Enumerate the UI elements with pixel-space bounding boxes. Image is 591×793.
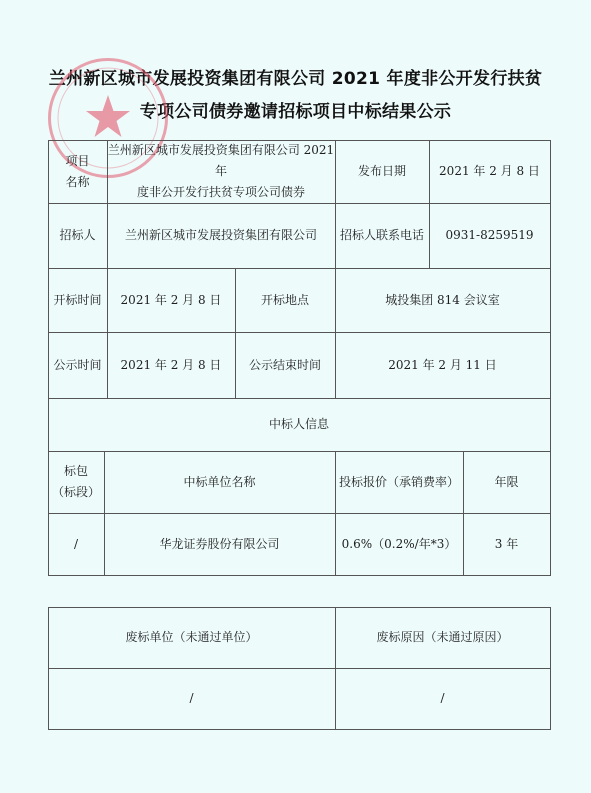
rejected-unit-value: / xyxy=(48,668,335,729)
tenderer-value: 兰州新区城市发展投资集团有限公司 xyxy=(107,203,335,268)
bid-price-header: 投标报价（承销费率） xyxy=(335,451,463,513)
rejected-reason-value: / xyxy=(335,668,550,729)
publicity-time-value: 2021 年 2 月 8 日 xyxy=(107,332,235,398)
term-header: 年限 xyxy=(463,451,550,513)
winner-name-header: 中标单位名称 xyxy=(104,451,335,513)
project-name-label-text: 项目名称 xyxy=(65,151,91,193)
opening-place-label: 开标地点 xyxy=(235,268,335,332)
winner-section-title: 中标人信息 xyxy=(48,398,550,451)
tenderer-phone-label: 招标人联系电话 xyxy=(335,203,429,268)
table-row-term: 3 年 xyxy=(463,513,550,575)
tenderer-phone-value: 0931-8259519 xyxy=(429,203,550,268)
table-row-company: 华龙证券股份有限公司 xyxy=(104,513,335,575)
lot-header-line-1: 标包 xyxy=(64,461,88,482)
project-name-value-line-1: 兰州新区城市发展投资集团有限公司 2021 年 xyxy=(107,140,335,182)
lot-header: 标包 （标段） xyxy=(48,451,104,513)
table-border xyxy=(48,729,551,730)
publish-date-label: 发布日期 xyxy=(335,140,429,203)
opening-place-value: 城投集团 814 会议室 xyxy=(335,268,550,332)
project-name-label: 项目名称 xyxy=(48,140,107,203)
opening-time-value: 2021 年 2 月 8 日 xyxy=(107,268,235,332)
table-border xyxy=(550,607,551,729)
table-row-price: 0.6%（0.2%/年*3） xyxy=(335,513,463,575)
document-title-line-1: 兰州新区城市发展投资集团有限公司 2021 年度非公开发行扶贫 xyxy=(0,64,591,89)
publicity-time-label: 公示时间 xyxy=(48,332,107,398)
rejected-reason-header: 废标原因（未通过原因） xyxy=(335,607,550,668)
project-name-value-line-2: 度非公开发行扶贫专项公司债券 xyxy=(137,182,305,203)
table-border xyxy=(550,140,551,575)
table-row-lot: / xyxy=(48,513,104,575)
tenderer-label: 招标人 xyxy=(48,203,107,268)
lot-header-line-2: （标段） xyxy=(52,482,100,503)
rejected-unit-header: 废标单位（未通过单位） xyxy=(48,607,335,668)
opening-time-label: 开标时间 xyxy=(48,268,107,332)
publicity-end-label: 公示结束时间 xyxy=(235,332,335,398)
table-border xyxy=(48,575,551,576)
project-name-value: 兰州新区城市发展投资集团有限公司 2021 年 度非公开发行扶贫专项公司债券 xyxy=(107,140,335,203)
document-title-line-2: 专项公司债券邀请招标项目中标结果公示 xyxy=(0,97,591,122)
publish-date-value: 2021 年 2 月 8 日 xyxy=(429,140,550,203)
publicity-end-value: 2021 年 2 月 11 日 xyxy=(335,332,550,398)
